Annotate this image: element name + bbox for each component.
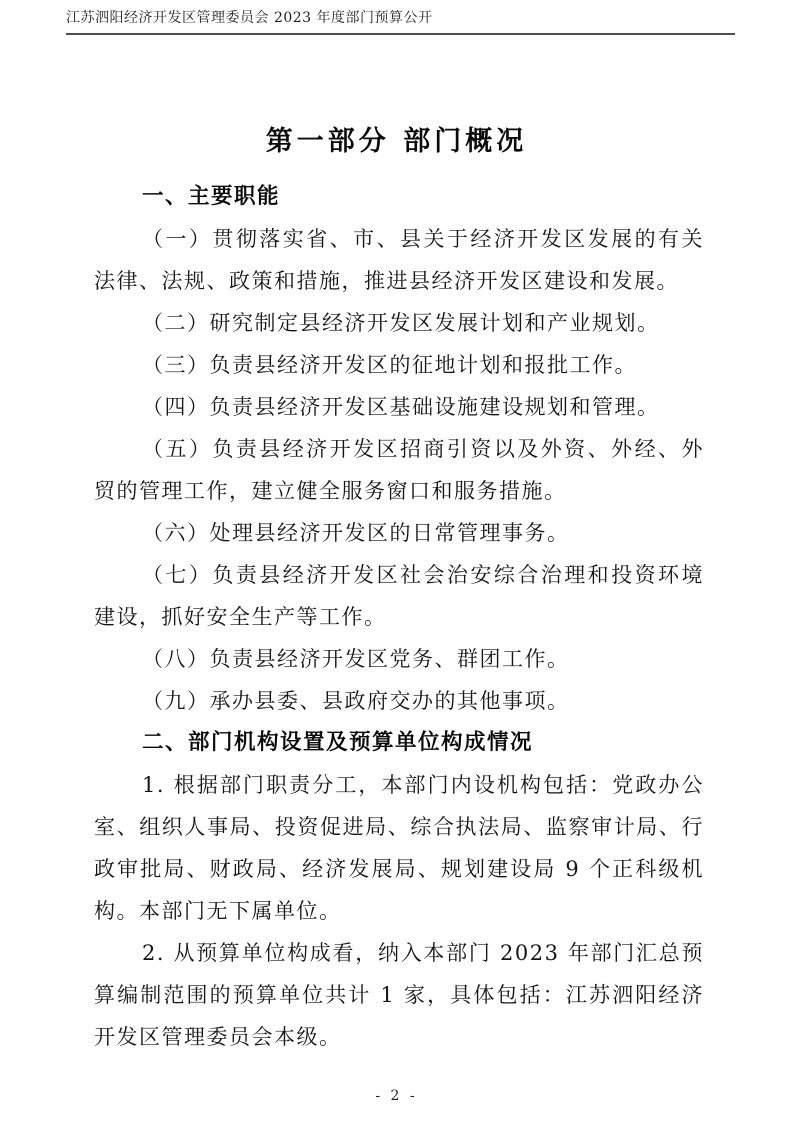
section-1-paragraph-2: （二）研究制定县经济开发区发展计划和产业规划。 (94, 302, 704, 344)
page-number: - 2 - (0, 1088, 793, 1104)
section-2-heading: 二、部门机构设置及预算单位构成情况 (94, 722, 704, 764)
section-2-paragraph-2: 2. 从预算单位构成看，纳入本部门 2023 年部门汇总预算编制范围的预算单位共… (94, 932, 704, 1058)
section-1-paragraph-9: （九）承办县委、县政府交办的其他事项。 (94, 680, 704, 722)
section-1-paragraph-8: （八）负责县经济开发区党务、群团工作。 (94, 638, 704, 680)
section-2-paragraph-1: 1. 根据部门职责分工，本部门内设机构包括：党政办公室、组织人事局、投资促进局、… (94, 764, 704, 932)
document-page: 江苏泗阳经济开发区管理委员会 2023 年度部门预算公开 第一部分 部门概况 一… (0, 0, 793, 1122)
document-title: 第一部分 部门概况 (0, 124, 793, 160)
document-body: 一、主要职能 （一）贯彻落实省、市、县关于经济开发区发展的有关法律、法规、政策和… (94, 176, 704, 1058)
section-1-paragraph-5: （五）负责县经济开发区招商引资以及外资、外经、外贸的管理工作，建立健全服务窗口和… (94, 428, 704, 512)
section-1-heading: 一、主要职能 (94, 176, 704, 218)
section-1-paragraph-3: （三）负责县经济开发区的征地计划和报批工作。 (94, 344, 704, 386)
section-1-paragraph-6: （六）处理县经济开发区的日常管理事务。 (94, 512, 704, 554)
page-header: 江苏泗阳经济开发区管理委员会 2023 年度部门预算公开 (66, 9, 735, 35)
section-1-paragraph-4: （四）负责县经济开发区基础设施建设规划和管理。 (94, 386, 704, 428)
section-1-paragraph-1: （一）贯彻落实省、市、县关于经济开发区发展的有关法律、法规、政策和措施，推进县经… (94, 218, 704, 302)
section-1-paragraph-7: （七）负责县经济开发区社会治安综合治理和投资环境建设，抓好安全生产等工作。 (94, 554, 704, 638)
